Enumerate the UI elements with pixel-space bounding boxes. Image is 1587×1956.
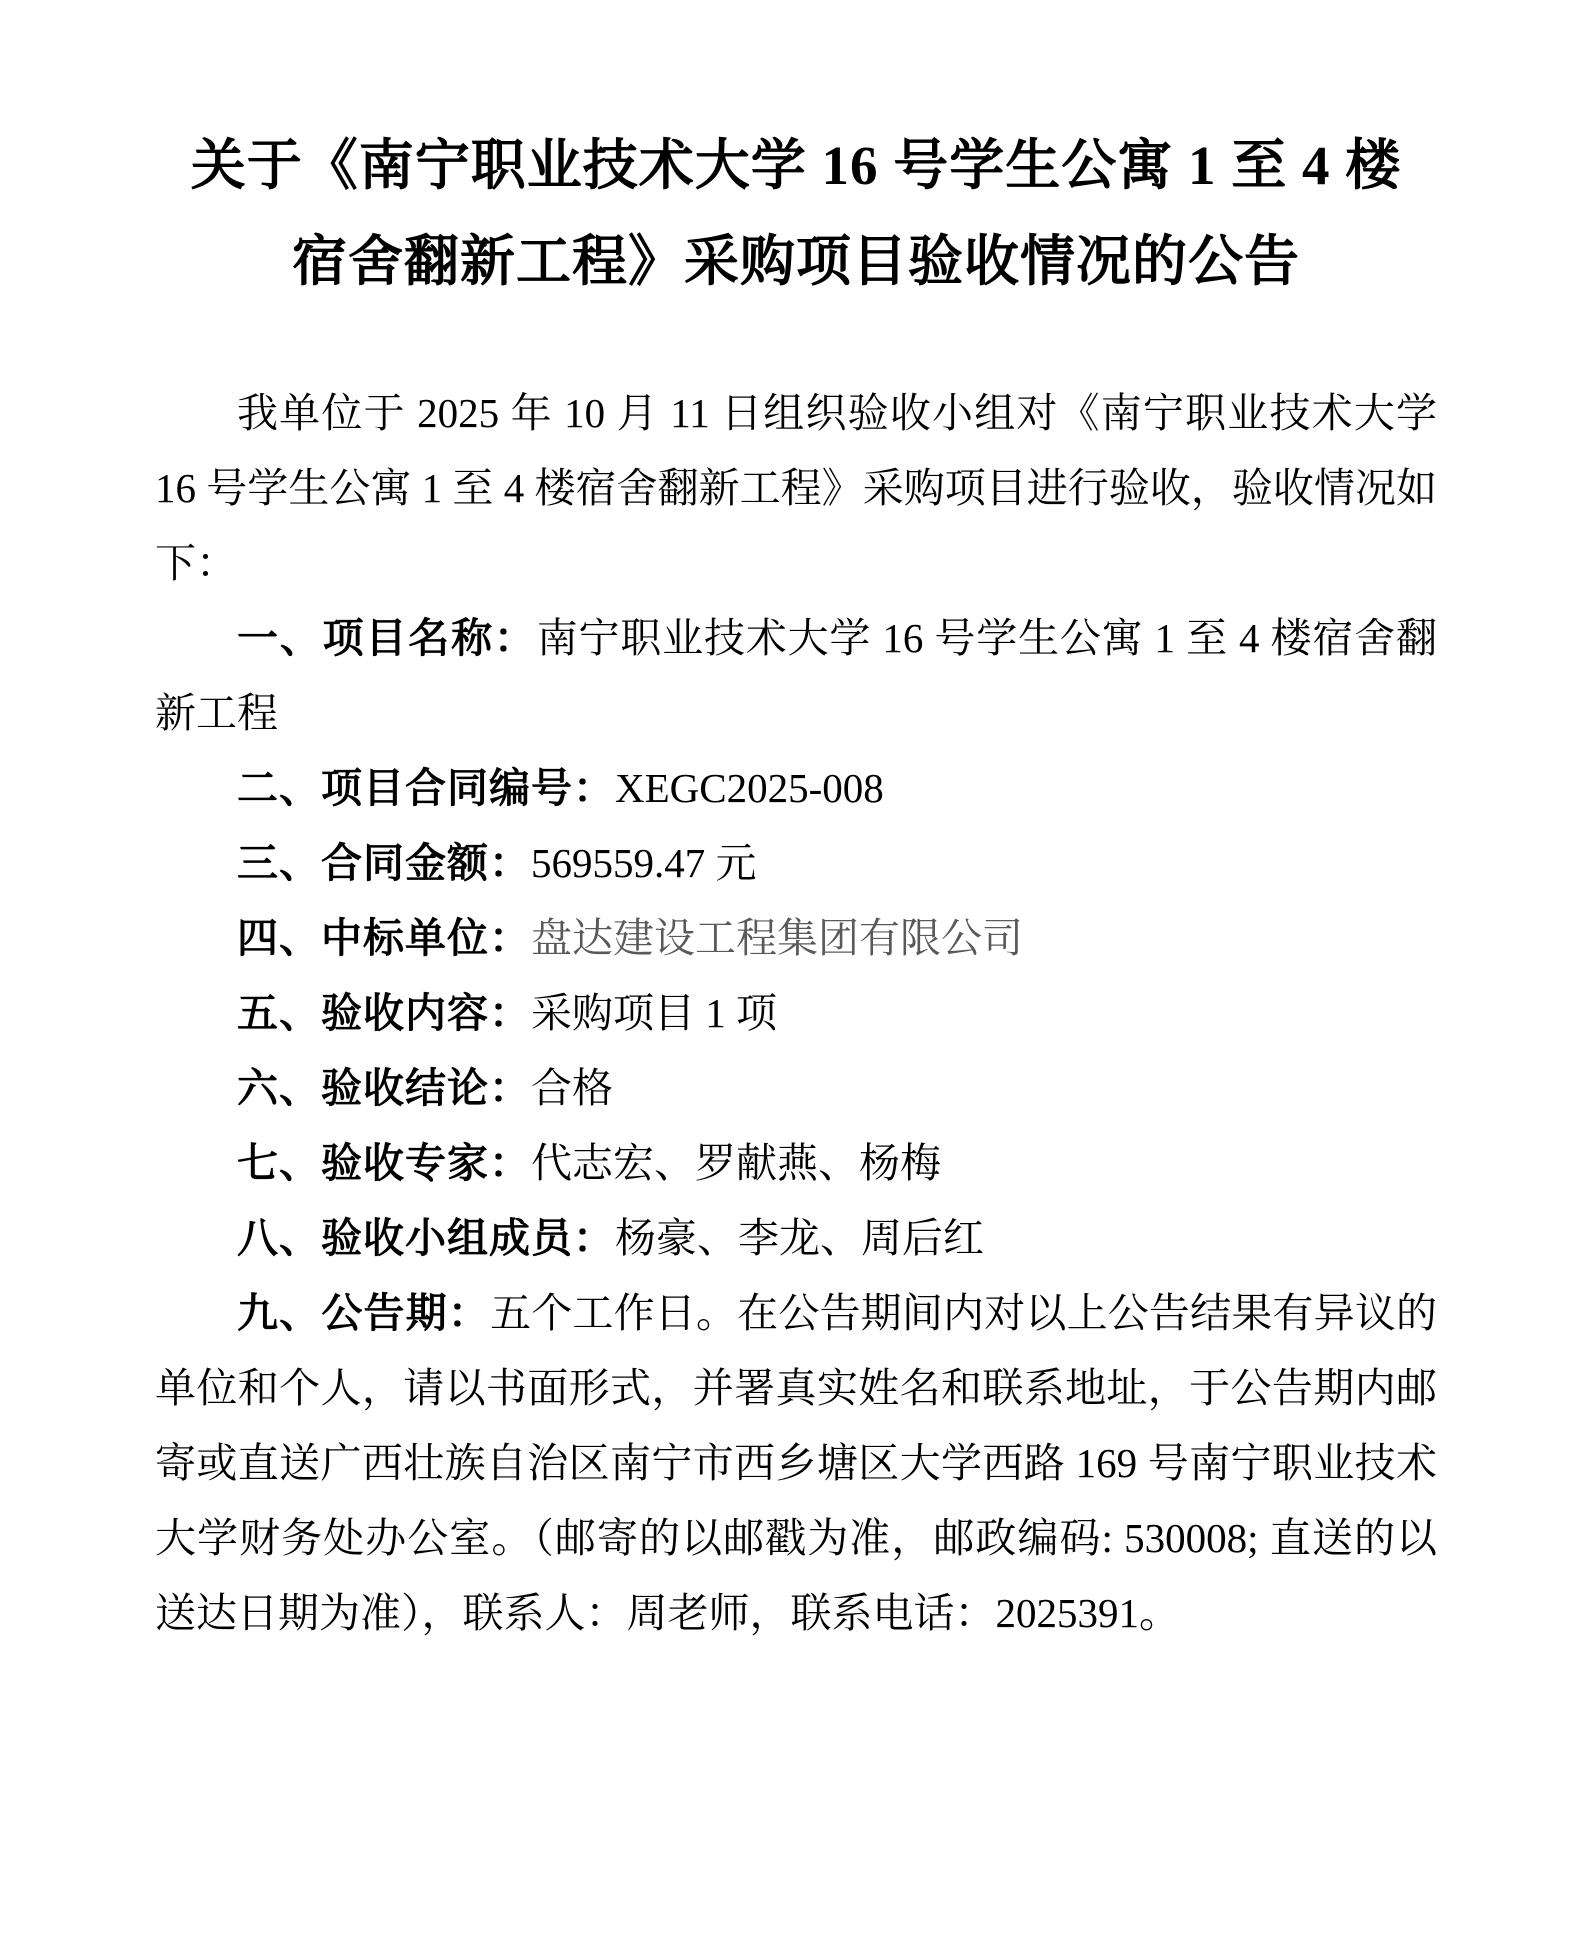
item-label: 二、项目合同编号： (237, 765, 615, 811)
item-acceptance-conclusion: 六、验收结论：合格 (155, 1051, 1437, 1126)
item-label: 六、验收结论： (237, 1065, 531, 1111)
item-acceptance-experts: 七、验收专家：代志宏、罗献燕、杨梅 (155, 1126, 1437, 1201)
document-body: 我单位于 2025 年 10 月 11 日组织验收小组对《南宁职业技术大学 16… (155, 376, 1437, 1651)
item-acceptance-team: 八、验收小组成员：杨豪、李龙、周后红 (155, 1201, 1437, 1276)
item-value: 五个工作日。在公告期间内对以上公告结果有异议的单位和个人，请以书面形式，并署真实… (155, 1290, 1437, 1636)
item-label: 四、中标单位： (237, 915, 531, 961)
announcement-page: 关于《南宁职业技术大学 16 号学生公寓 1 至 4 楼宿舍翻新工程》采购项目验… (0, 0, 1587, 1956)
item-label: 五、验收内容： (237, 990, 531, 1036)
intro-paragraph: 我单位于 2025 年 10 月 11 日组织验收小组对《南宁职业技术大学 16… (155, 376, 1437, 601)
item-value: 盘达建设工程集团有限公司 (531, 915, 1023, 961)
item-announcement-period: 九、公告期：五个工作日。在公告期间内对以上公告结果有异议的单位和个人，请以书面形… (155, 1276, 1437, 1651)
item-project-name: 一、项目名称：南宁职业技术大学 16 号学生公寓 1 至 4 楼宿舍翻新工程 (155, 601, 1437, 751)
item-value: 杨豪、李龙、周后红 (615, 1215, 984, 1261)
item-acceptance-content: 五、验收内容：采购项目 1 项 (155, 976, 1437, 1051)
item-label: 八、验收小组成员： (237, 1215, 615, 1261)
item-label: 七、验收专家： (237, 1140, 531, 1186)
item-value: 合格 (531, 1065, 613, 1111)
item-contract-amount: 三、合同金额：569559.47 元 (155, 826, 1437, 901)
item-winning-bidder: 四、中标单位：盘达建设工程集团有限公司 (155, 901, 1437, 976)
item-value: XEGC2025-008 (615, 765, 884, 811)
item-label: 三、合同金额： (237, 840, 531, 886)
item-label: 九、公告期： (237, 1290, 490, 1336)
page-title: 关于《南宁职业技术大学 16 号学生公寓 1 至 4 楼宿舍翻新工程》采购项目验… (185, 118, 1407, 310)
item-label: 一、项目名称： (237, 615, 537, 661)
item-contract-number: 二、项目合同编号：XEGC2025-008 (155, 751, 1437, 826)
item-value: 569559.47 元 (531, 840, 757, 886)
item-value: 代志宏、罗献燕、杨梅 (531, 1140, 941, 1186)
item-value: 采购项目 1 项 (531, 990, 777, 1036)
